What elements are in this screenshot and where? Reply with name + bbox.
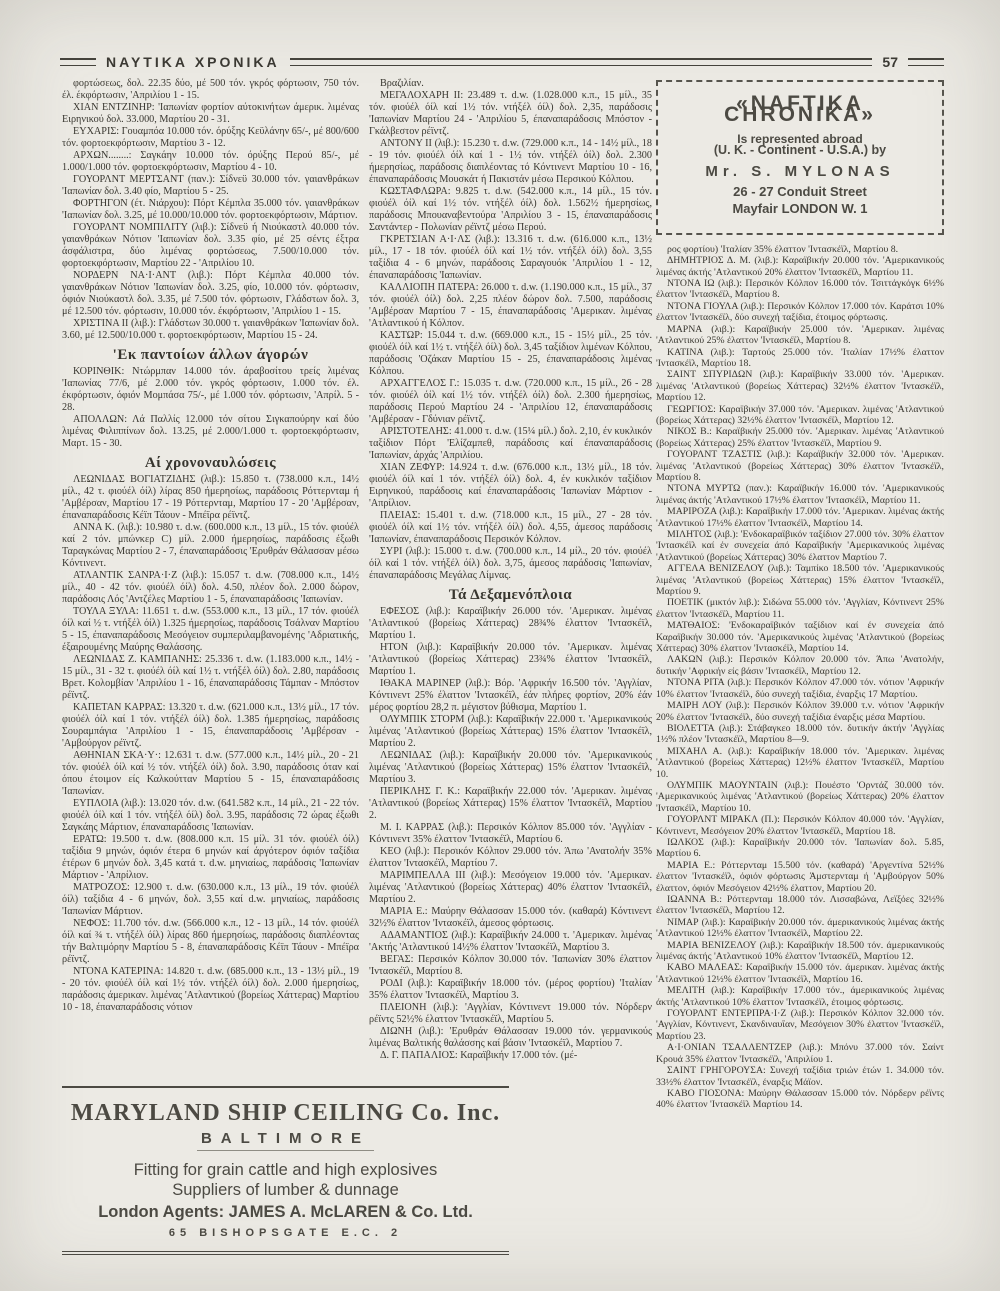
listing-paragraph: ΝΙΚΟΣ Β.: Καραϊβικήν 25.000 τόν. 'Αμερικ…	[656, 426, 944, 449]
listing-paragraph: ΤΟΥΛΑ ΞΥΛΑ: 11.651 τ. d.w. (553.000 κ.π.…	[62, 606, 359, 654]
listing-paragraph: ΚΑΤΙΝΑ (λιβ.): Ταρτούς 25.000 τόν. 'Ιταλ…	[656, 347, 944, 370]
listing-paragraph: ΓΟΥΟΡΛΝΤ ΜΙΡΑΚΛ (Π.): Περσικόν Κόλπον 40…	[656, 814, 944, 837]
listing-paragraph: ΗΤΟΝ (λιβ.): Καραϊβικήν 20.000 τόν. 'Αμε…	[369, 642, 652, 678]
listing-paragraph: ΚΑΒΟ ΓΙΟΣΟΝΑ: Μαύρην Θάλασσαν 15.000 τόν…	[656, 1088, 944, 1111]
listing-paragraph: ΜΙΧΑΗΛ Α. (λιβ.): Καραϊβικήν 18.000 τόν.…	[656, 746, 944, 780]
listing-paragraph: ΚΟΡΙΝΘΙΚ: Ντώρμπαν 14.000 τόν. άραβοσίτο…	[62, 366, 359, 414]
listing-paragraph: ΝΙΜΑΡ (λιβ.): Καραϊβικήν 20.000 τόν. άμε…	[656, 917, 944, 940]
page-header: ΝΑΥΤΙΚΑ ΧΡΟΝΙΚΑ 57	[60, 54, 944, 70]
listing-paragraph: Βραζιλίαν.	[369, 78, 652, 90]
listing-paragraph: ΔΗΜΗΤΡΙΟΣ Δ. Μ. (λιβ.): Καραϊβικήν 20.00…	[656, 255, 944, 278]
listing-paragraph: ΝΤΟΝΑ ΡΙΤΑ (λιβ.): Περσικόν Κόλπον 47.00…	[656, 677, 944, 700]
listing-paragraph: ΝΤΟΝΑ ΚΑΤΕΡΙΝΑ: 14.820 τ. d.w. (685.000 …	[62, 966, 359, 1014]
listing-paragraph: ΜΑΡΙΜΠΕΛΛΑ ΙΙΙ (λιβ.): Μεσόγειον 19.000 …	[369, 870, 652, 906]
listing-paragraph: ΦΟΡΤΗΓΟΝ (έτ. Νιάρχου): Πόρτ Κέμπλα 35.0…	[62, 198, 359, 222]
listing-paragraph: ΑΘΗΝΙΑΝ ΣΚΑ·Υ·: 12.631 τ. d.w. (577.000 …	[62, 750, 359, 798]
listing-paragraph: ΜΑΡΙΑ ΒΕΝΙΖΕΛΟΥ (λιβ.): Καραϊβικήν 18.50…	[656, 940, 944, 963]
listing-paragraph: ΝΕΦΟΣ: 11.700 τόν. d.w. (566.000 κ.π., 1…	[62, 918, 359, 966]
naftika-ad-agent-name: Mr. S. MYLONAS	[664, 166, 936, 177]
listing-paragraph: ΧΙΑΝ ΕΝΤΖΙΝΗΡ: 'Ιαπωνίαν φορτίον αύτοκιν…	[62, 102, 359, 126]
naftika-ad-address-street: 26 - 27 Conduit Street	[664, 186, 936, 197]
listing-paragraph: ΠΕΡΙΚΛΗΣ Γ. Κ.: Καραϊβικήν 22.000 τόν. '…	[369, 786, 652, 822]
right-column-text: ρος φορτίου) 'Ιταλίαν 35% έλαττον 'Ιντασ…	[656, 244, 944, 1111]
listing-paragraph: ΠΛΕΙΟΝΗ (λιβ.): 'Αγγλίαν, Κόντινεντ 19.0…	[369, 1002, 652, 1026]
listing-paragraph: ΚΑΣΤΩΡ: 15.044 τ. d.w. (669.000 κ.π., 15…	[369, 330, 652, 378]
listing-paragraph: ΕΡΑΤΩ: 19.500 τ. d.w. (808.000 κ.π. 15 μ…	[62, 834, 359, 882]
listing-paragraph: ΜΕΛΙΤΗ (λιβ.): Καραϊβικήν 17.000 τόν., ά…	[656, 985, 944, 1008]
left-column: φορτώσεως, δολ. 22.35 δύο, μέ 500 τόν. γ…	[62, 78, 359, 1080]
listing-paragraph: ΙΘΑΚΑ ΜΑΡΙΝΕΡ (λιβ.): Βόρ. 'Αφρικήν 16.5…	[369, 678, 652, 714]
listing-paragraph: ΚΑΒΟ ΜΑΛΕΑΣ: Καραϊβικήν 15.000 τόν. άμερ…	[656, 962, 944, 985]
listing-paragraph: ΚΑΠΕΤΑΝ ΚΑΡΡΑΣ: 13.320 τ. d.w. (621.000 …	[62, 702, 359, 750]
listing-paragraph: ΕΥΧΑΡΙΣ: Γουαμπόα 10.000 τόν. όρύξης Κεϋ…	[62, 126, 359, 150]
listing-paragraph: ΝΤΟΝΑ ΙΩ (λιβ.): Περσικόν Κόλπον 16.000 …	[656, 278, 944, 301]
listing-paragraph: Δ. Γ. ΠΑΠΑΛΙΟΣ: Καραϊβικήν 17.000 τόν. (…	[369, 1050, 652, 1062]
header-rule-right	[908, 58, 944, 66]
listing-paragraph: ΑΤΛΑΝΤΙΚ ΣΑΝΡΑ·Ι·Ζ (λιβ.): 15.057 τ. d.w…	[62, 570, 359, 606]
listing-paragraph: ΧΡΙΣΤΙΝΑ ΙΙ (λιβ.): Γλάδστων 30.000 τ. γ…	[62, 318, 359, 342]
listing-paragraph: ΙΩΑΝΝΑ Β.: Ρόττερνταμ 18.000 τόν. Λισσαβ…	[656, 894, 944, 917]
listing-paragraph: ΑΡΙΣΤΟΤΕΛΗΣ: 41.000 τ. d.w. (15¼ μίλ.) δ…	[369, 426, 652, 462]
listing-paragraph: ΛΕΩΝΙΔΑΣ ΒΟΓΙΑΤΖΙΔΗΣ (λιβ.): 15.850 τ. (…	[62, 474, 359, 522]
section-heading: 'Εκ παντοίων άλλων άγορών	[62, 349, 359, 361]
listing-paragraph: ΜΕΓΑΛΟΧΑΡΗ ΙΙ: 23.489 τ. d.w. (1.028.000…	[369, 90, 652, 138]
listing-paragraph: ΑΡΧΑΓΓΕΛΟΣ Γ.: 15.035 τ. d.w. (720.000 κ…	[369, 378, 652, 426]
listing-paragraph: ΝΤΟΝΑ ΓΙΟΥΛΑ (λιβ.): Περσικόν Κόλπον 17.…	[656, 301, 944, 324]
listing-paragraph: ΜΑΡΝΑ (λιβ.): Καραϊβικήν 25.000 τόν. 'Αμ…	[656, 324, 944, 347]
section-heading: Τά Δεξαμενόπλοια	[369, 589, 652, 601]
listing-paragraph: ΚΑΛΛΙΟΠΗ ΠΑΤΕΡΑ: 26.000 τ. d.w. (1.190.0…	[369, 282, 652, 330]
listing-paragraph: ΣΑΙΝΤ ΓΡΗΓΟΡΟΥΣΑ: Συνεχή ταξίδια τριών έ…	[656, 1065, 944, 1088]
maryland-ad-agents: London Agents: JAMES A. McLAREN & Co. Lt…	[64, 1203, 507, 1222]
listing-paragraph: ΜΑΡΙΑ Ε.: Μαύρην Θάλασσαν 15.000 τόν. (κ…	[369, 906, 652, 930]
listing-paragraph: ΑΡΧΩΝ........: Σαγκάην 10.000 τόν. όρύξη…	[62, 150, 359, 174]
listing-paragraph: ΜΙΛΗΤΟΣ (λιβ.): 'Ενδοκαραϊβικόν ταξίδιον…	[656, 529, 944, 563]
listing-paragraph: ΛΑΚΩΝ (λιβ.): Περσικόν Κόλπον 20.000 τόν…	[656, 654, 944, 677]
listing-paragraph: ΓΚΡΕΤΣΙΑΝ Α·Ι·ΛΣ (λιβ.): 13.316 τ. d.w. …	[369, 234, 652, 282]
listing-paragraph: ΒΙΟΛΕΤΤΑ (λιβ.): Στάβαγκεο 18.000 τόν. δ…	[656, 723, 944, 746]
listing-paragraph: ΑΠΟΛΛΩΝ: Λά Παλλίς 12.000 τόν σίτου Σιγκ…	[62, 414, 359, 450]
listing-paragraph: ΝΟΡΔΕΡΝ ΝΑ·Ι·ΑΝΤ (λιβ.): Πόρτ Κέμπλα 40.…	[62, 270, 359, 318]
listing-paragraph: ΒΕΓΑΣ: Περσικόν Κόλπον 30.000 τόν. 'Ιαπω…	[369, 954, 652, 978]
listing-paragraph: ρος φορτίου) 'Ιταλίαν 35% έλαττον 'Ιντασ…	[656, 244, 944, 255]
listing-paragraph: ΙΩΛΚΟΣ (λιβ.): Καραϊβικήν 20.000 τόν. 'Ι…	[656, 837, 944, 860]
listing-paragraph: ΜΑΡΙΑ Ε.: Ρόττερνταμ 15.500 τόν. (καθαρά…	[656, 860, 944, 894]
listing-paragraph: ΜΑΡΙΡΟΖΑ (λιβ.): Καραϊβικήν 17.000 τόν. …	[656, 506, 944, 529]
listing-paragraph: ΑΔΑΜΑΝΤΙΟΣ (λιβ.): Καραϊβικήν 24.000 τ. …	[369, 930, 652, 954]
naftika-ad-address-city: Mayfair LONDON W. 1	[664, 203, 936, 214]
maryland-ship-ceiling-ad: MARYLAND SHIP CEILING Co. Inc. BALTIMORE…	[62, 1086, 509, 1255]
header-rule-center	[290, 58, 873, 66]
listing-paragraph: ΛΕΩΝΙΔΑΣ Ζ. ΚΑΜΠΑΝΗΣ: 25.336 τ. d.w. (1.…	[62, 654, 359, 702]
right-column: «NAFTIKA CHRONIKA» Is represented abroad…	[656, 80, 944, 1272]
listing-paragraph: ΣΑΙΝΤ ΣΠΥΡΙΔΩΝ (λιβ.): Καραϊβικήν 33.000…	[656, 369, 944, 403]
maryland-ad-line2: Suppliers of lumber & dunnage	[64, 1181, 507, 1200]
listing-paragraph: Μ. Ι. ΚΑΡΡΑΣ (λιβ.): Περσικόν Κόλπον 85.…	[369, 822, 652, 846]
listing-paragraph: ΑΝΤΟΝΥ ΙΙ (λιβ.): 15.230 τ. d.w. (729.00…	[369, 138, 652, 186]
page-number: 57	[882, 54, 898, 70]
listing-paragraph: ΚΕΟ (λιβ.): Περσικόν Κόλπον 29.000 τόν. …	[369, 846, 652, 870]
listing-paragraph: ΝΤΟΝΑ ΜΥΡΤΩ (παν.): Καραϊβικήν 16.000 τό…	[656, 483, 944, 506]
listing-paragraph: ΣΥΡΙ (λιβ.): 15.000 τ. d.w. (700.000 κ.π…	[369, 546, 652, 582]
listing-paragraph: ΠΟΕΤΙΚ (μικτόν λιβ.): Σιδώνα 55.000 τόν.…	[656, 597, 944, 620]
maryland-ad-address: 65 BISHOPSGATE E.C. 2	[64, 1227, 507, 1239]
listing-paragraph: ΓΟΥΟΡΛΝΤ ΤΖΑΣΤΙΣ (λιβ.): Καραϊβικήν 32.0…	[656, 449, 944, 483]
listing-paragraph: ΕΦΕΣΟΣ (λιβ.): Καραϊβικήν 26.000 τόν. 'Α…	[369, 606, 652, 642]
listing-paragraph: ΟΛΥΜΠΙΚ ΣΤΟΡΜ (λιβ.): Καραϊβικήν 22.000 …	[369, 714, 652, 750]
section-heading: Αί χρονοναυλώσεις	[62, 457, 359, 469]
maryland-ad-line1: Fitting for grain cattle and high explos…	[64, 1161, 507, 1180]
listing-paragraph: ΓΟΥΟΡΛΝΤ ΝΟΜΠΙΛΙΤΥ (λιβ.): Σίδνεϋ ή Νιού…	[62, 222, 359, 270]
listing-paragraph: ΜΑΤΘΑΙΟΣ: 'Ενδοκαραϊβικόν ταξίδιον καί έ…	[656, 620, 944, 654]
listing-paragraph: ΓΟΥΟΡΛΝΤ ΜΕΡΤΣΑΝΤ (παν.): Σίδνεϋ 30.000 …	[62, 174, 359, 198]
listing-paragraph: ΑΝΝΑ Κ. (λιβ.): 10.980 τ. d.w. (600.000 …	[62, 522, 359, 570]
listing-paragraph: Α·Ι·ΟΝΙΑΝ ΤΣΑΛΛΕΝΤΖΕΡ (λιβ.): Μπόνυ 37.0…	[656, 1042, 944, 1065]
listing-paragraph: ΕΥΠΛΟΙΑ (λιβ.): 13.020 τόν. d.w. (641.58…	[62, 798, 359, 834]
listing-paragraph: ΜΑΤΡΟΖΟΣ: 12.900 τ. d.w. (630.000 κ.π., …	[62, 882, 359, 918]
naftika-ad-title: «NAFTIKA CHRONIKA»	[664, 98, 936, 121]
listing-paragraph: ΜΑΙΡΗ ΛΟΥ (λιβ.): Περσικόν Κόλπον 39.000…	[656, 700, 944, 723]
maryland-ad-subtitle: BALTIMORE	[197, 1130, 374, 1151]
middle-column: Βραζιλίαν.ΜΕΓΑΛΟΧΑΡΗ ΙΙ: 23.489 τ. d.w. …	[369, 78, 652, 1078]
listing-paragraph: ΟΛΥΜΠΙΚ ΜΑΟΥΝΤΑΙΝ (λιβ.): Πουέστο 'Ορντά…	[656, 780, 944, 814]
listing-paragraph: ΛΕΩΝΙΔΑΣ (λιβ.): Καραϊβικήν 20.000 τόν. …	[369, 750, 652, 786]
newspaper-page: ΝΑΥΤΙΚΑ ΧΡΟΝΙΚΑ 57 φορτώσεως, δολ. 22.35…	[0, 0, 1000, 1291]
listing-paragraph: ΠΛΕΙΑΣ: 15.401 τ. d.w. (718.000 κ.π., 15…	[369, 510, 652, 546]
naftika-chronika-ad: «NAFTIKA CHRONIKA» Is represented abroad…	[656, 80, 944, 235]
listing-paragraph: ΚΩΣΤΑΦΛΩΡΑ: 9.825 τ. d.w. (542.000 κ.π.,…	[369, 186, 652, 234]
listing-paragraph: ΧΙΑΝ ΖΕΦΥΡ: 14.924 τ. d.w. (676.000 κ.π.…	[369, 462, 652, 510]
masthead-title: ΝΑΥΤΙΚΑ ΧΡΟΝΙΚΑ	[106, 54, 280, 70]
header-rule-left	[60, 58, 96, 66]
listing-paragraph: ΔΙΩΝΗ (λιβ.): 'Ερυθράν Θάλασσαν 19.000 τ…	[369, 1026, 652, 1050]
listing-paragraph: ΑΓΓΕΛΑ ΒΕΝΙΖΕΛΟΥ (λιβ.): Ταμπίκο 18.500 …	[656, 563, 944, 597]
listing-paragraph: ΓΟΥΟΡΛΝΤ ΕΝΤΕΡΠΡΑ·Ι·Ζ (λιβ.): Περσικόν Κ…	[656, 1008, 944, 1042]
listing-paragraph: φορτώσεως, δολ. 22.35 δύο, μέ 500 τόν. γ…	[62, 78, 359, 102]
maryland-ad-title: MARYLAND SHIP CEILING Co. Inc.	[64, 1100, 507, 1127]
naftika-ad-line2: (U. K. - Continent - U.S.A.) by	[664, 145, 936, 156]
listing-paragraph: ΓΕΩΡΓΙΟΣ: Καραϊβικήν 37.000 τόν. 'Αμερικ…	[656, 404, 944, 427]
listing-paragraph: ΡΟΔΙ (λιβ.): Καραϊβικήν 18.000 τόν. (μέρ…	[369, 978, 652, 1002]
